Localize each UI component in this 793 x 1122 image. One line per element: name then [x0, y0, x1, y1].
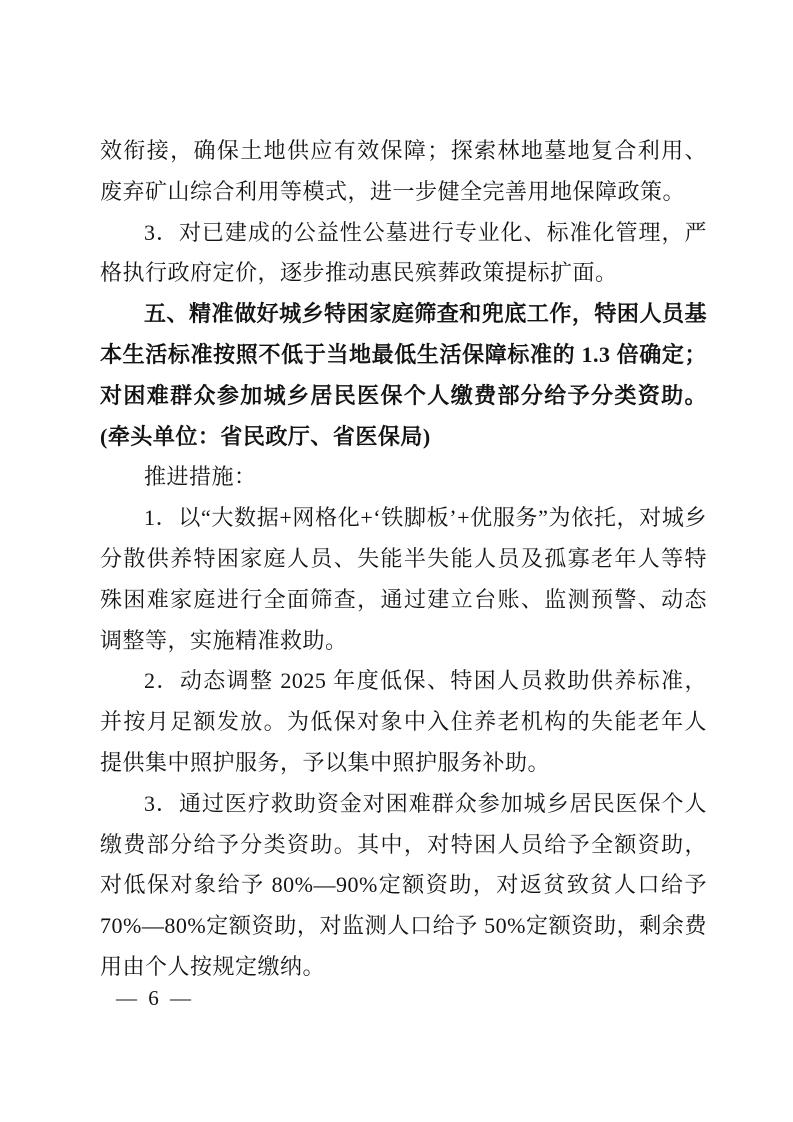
section-heading-5-assistance: 五、精准做好城乡特困家庭筛查和兜底工作，特困人员基本生活标准按照不低于当地最低生…: [100, 294, 707, 457]
paragraph-measure-2-standards: 2．动态调整 2025 年度低保、特困人员救助供养标准，并按月足额发放。为低保对…: [100, 661, 707, 783]
paragraph-continuation-land-policy: 效衔接，确保土地供应有效保障；探索林地墓地复合利用、废弃矿山综合利用等模式，进一…: [100, 131, 707, 213]
page-footer: — 6 —: [116, 986, 194, 1011]
measures-label: 推进措施：: [100, 457, 707, 498]
page-number: — 6 —: [116, 986, 194, 1010]
paragraph-measure-1-screening: 1．以“大数据+网格化+‘铁脚板’+优服务”为依托，对城乡分散供养特困家庭人员、…: [100, 498, 707, 661]
document-body: 效衔接，确保土地供应有效保障；探索林地墓地复合利用、废弃矿山综合利用等模式，进一…: [100, 131, 707, 988]
paragraph-measure-3-medical-aid: 3．通过医疗救助资金对困难群众参加城乡居民医保个人缴费部分给予分类资助。其中，对…: [100, 784, 707, 988]
document-page: 效衔接，确保土地供应有效保障；探索林地墓地复合利用、废弃矿山综合利用等模式，进一…: [0, 0, 793, 1122]
paragraph-measure-3-cemetery: 3．对已建成的公益性公墓进行专业化、标准化管理，严格执行政府定价，逐步推动惠民殡…: [100, 213, 707, 295]
